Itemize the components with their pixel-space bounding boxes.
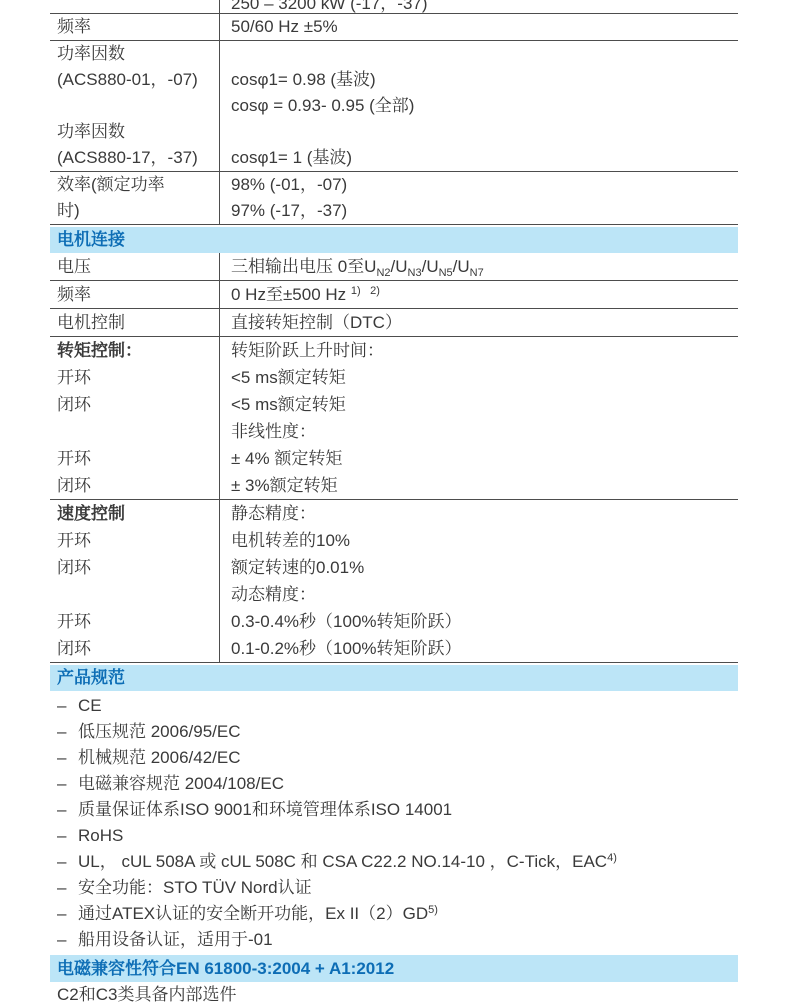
spec-row: 效率(额定功率时)98% (-01，-07)97% (-17，-37) (50, 172, 738, 225)
compliance-list-item: –CE (50, 693, 738, 719)
section-header-label: 电机连接 (57, 230, 125, 249)
spec-row: 频率0 Hz至±500 Hz 1) 2) (50, 281, 738, 309)
spec-value: cosφ1= 0.98 (基波) (231, 67, 738, 93)
footnote-superscript: 4) (607, 852, 617, 864)
spec-label: 电机控制 (57, 309, 219, 336)
subscript: N7 (470, 267, 484, 279)
dash-prefix: – (57, 771, 78, 797)
list-item-text: UL， cUL 508A 或 cUL 508C 和 CSA C22.2 NO.1… (78, 852, 607, 871)
compliance-list-item: –低压规范 2006/95/EC (50, 719, 738, 745)
dash-prefix: – (57, 745, 78, 771)
section-header-band: 电机连接 (50, 227, 738, 253)
list-item-text: 船用设备认证，适用于-01 (78, 930, 273, 949)
dash-prefix: – (57, 823, 78, 849)
compliance-list-item: –电磁兼容规范 2004/108/EC (50, 771, 738, 797)
spec-value: 动态精度： (231, 581, 738, 608)
subscript: N3 (408, 267, 422, 279)
spec-label: 闭环 (57, 472, 219, 499)
spec-row: 功率因数(ACS880-01，-07)功率因数(ACS880-17，-37)co… (50, 41, 738, 172)
spec-label-column: 效率(额定功率时) (50, 172, 220, 224)
dash-prefix: – (57, 901, 78, 927)
spec-row: 频率50/60 Hz ±5% (50, 14, 738, 41)
spec-value: 电机转差的10% (231, 527, 738, 554)
spec-value: cosφ1= 1 (基波) (231, 145, 738, 171)
spec-label-column: 频率 (50, 281, 220, 308)
spec-value-column: 0 Hz至±500 Hz 1) 2) (220, 281, 738, 308)
compliance-list-item: –通过ATEX认证的安全断开功能，Ex II（2）GD5) (50, 901, 738, 927)
list-item-text: 质量保证体系ISO 9001和环境管理体系ISO 14001 (78, 800, 452, 819)
list-item-text: 电磁兼容规范 2004/108/EC (78, 774, 284, 793)
spec-label: 闭环 (57, 635, 219, 662)
spec-label: 速度控制 (57, 500, 219, 527)
spec-value-column: 98% (-01，-07)97% (-17，-37) (220, 172, 738, 224)
spec-row: 250 – 3200 kW (-17，-37) (50, 0, 738, 14)
spec-value: ± 4% 额定转矩 (231, 445, 738, 472)
list-item-text: 低压规范 2006/95/EC (78, 722, 241, 741)
spec-value: 250 – 3200 kW (-17，-37) (231, 0, 738, 14)
spec-value: 非线性度： (231, 418, 738, 445)
compliance-list-item: –机械规范 2006/42/EC (50, 745, 738, 771)
spec-label: 闭环 (57, 391, 219, 418)
spec-label: 功率因数 (57, 119, 219, 145)
spec-label (57, 93, 219, 119)
dash-prefix: – (57, 797, 78, 823)
spec-label: 转矩控制： (57, 337, 219, 364)
spec-label: 闭环 (57, 554, 219, 581)
superscript: 2) (370, 285, 380, 297)
spec-label: 频率 (57, 281, 219, 308)
footnote-superscript: 5) (428, 904, 438, 916)
spec-label: 开环 (57, 364, 219, 391)
spec-label-column: 电压 (50, 253, 220, 280)
list-item-text: CE (78, 696, 102, 715)
spec-label (57, 0, 219, 14)
spec-value: ± 3%额定转矩 (231, 472, 738, 499)
list-item-text: 通过ATEX认证的安全断开功能，Ex II（2）GD (78, 904, 428, 923)
spec-value: 0.3-0.4%秒（100%转矩阶跃） (231, 608, 738, 635)
spec-label (57, 418, 219, 445)
spec-label: 频率 (57, 14, 219, 40)
spec-value (231, 41, 738, 67)
spec-value-column: 三相输出电压 0至UN2/UN3/UN5/UN7 (220, 253, 738, 280)
spec-label-column: 速度控制开环闭环开环闭环 (50, 500, 220, 662)
spec-label: 开环 (57, 445, 219, 472)
spec-label-column: 转矩控制：开环闭环开环闭环 (50, 337, 220, 499)
spec-value: <5 ms额定转矩 (231, 391, 738, 418)
spec-value: 0.1-0.2%秒（100%转矩阶跃） (231, 635, 738, 662)
spec-value-column: 直接转矩控制（DTC） (220, 309, 738, 336)
spec-label: 时) (57, 198, 219, 224)
spec-row: 转矩控制：开环闭环开环闭环转矩阶跃上升时间：<5 ms额定转矩<5 ms额定转矩… (50, 337, 738, 500)
spec-label-column: 电机控制 (50, 309, 220, 336)
list-item-text: RoHS (78, 826, 123, 845)
spec-value: 转矩阶跃上升时间： (231, 337, 738, 364)
spec-value: 三相输出电压 0至UN2/UN3/UN5/UN7 (231, 253, 738, 280)
spec-row: 速度控制开环闭环开环闭环静态精度：电机转差的10%额定转速的0.01%动态精度：… (50, 500, 738, 663)
spec-value: 额定转速的0.01% (231, 554, 738, 581)
spec-value-column: cosφ1= 0.98 (基波)cosφ = 0.93- 0.95 (全部)co… (220, 41, 738, 171)
compliance-list-item: –RoHS (50, 823, 738, 849)
spec-label-column: 功率因数(ACS880-01，-07)功率因数(ACS880-17，-37) (50, 41, 220, 171)
compliance-list-item: –UL， cUL 508A 或 cUL 508C 和 CSA C22.2 NO.… (50, 849, 738, 875)
emc-category-note: C2和C3类具备内部选件 (50, 985, 738, 1000)
compliance-list-item: –安全功能：STO TÜV Nord认证 (50, 875, 738, 901)
spec-table: 250 – 3200 kW (-17，-37)频率50/60 Hz ±5%功率因… (50, 0, 738, 1000)
spec-value-column: 静态精度：电机转差的10%额定转速的0.01%动态精度：0.3-0.4%秒（10… (220, 500, 738, 662)
spec-label: 效率(额定功率 (57, 172, 219, 198)
dash-prefix: – (57, 875, 78, 901)
superscript: 1) (351, 285, 361, 297)
dash-prefix: – (57, 927, 78, 953)
spec-value: 直接转矩控制（DTC） (231, 309, 738, 336)
subscript: N2 (376, 267, 390, 279)
spec-label: 开环 (57, 527, 219, 554)
spec-value: 98% (-01，-07) (231, 172, 738, 198)
spec-value: cosφ = 0.93- 0.95 (全部) (231, 93, 738, 119)
compliance-list: –CE–低压规范 2006/95/EC–机械规范 2006/42/EC–电磁兼容… (50, 691, 738, 953)
section-header-band: 电磁兼容性符合EN 61800-3:2004 + A1:2012 (50, 955, 738, 982)
spec-value-column: 250 – 3200 kW (-17，-37) (220, 0, 738, 13)
spec-label: 开环 (57, 608, 219, 635)
section-header-label: 电磁兼容性符合EN 61800-3:2004 + A1:2012 (57, 959, 394, 978)
spec-value: 97% (-17，-37) (231, 198, 738, 224)
spec-value-column: 50/60 Hz ±5% (220, 14, 738, 40)
list-item-text: 机械规范 2006/42/EC (78, 748, 241, 767)
section-header-band: 产品规范 (50, 665, 738, 691)
spec-row: 电压三相输出电压 0至UN2/UN3/UN5/UN7 (50, 253, 738, 281)
compliance-list-item: –船用设备认证，适用于-01 (50, 927, 738, 953)
subscript: N5 (439, 267, 453, 279)
spec-label-column (50, 0, 220, 13)
spec-value: <5 ms额定转矩 (231, 364, 738, 391)
spec-value (231, 119, 738, 145)
spec-label-column: 频率 (50, 14, 220, 40)
spec-value: 静态精度： (231, 500, 738, 527)
dash-prefix: – (57, 849, 78, 875)
spec-label: (ACS880-01，-07) (57, 67, 219, 93)
spec-label: 功率因数 (57, 41, 219, 67)
spec-value: 50/60 Hz ±5% (231, 14, 738, 40)
spec-label: (ACS880-17，-37) (57, 145, 219, 171)
spec-value: 0 Hz至±500 Hz 1) 2) (231, 281, 738, 308)
spec-label (57, 581, 219, 608)
spec-row: 电机控制直接转矩控制（DTC） (50, 309, 738, 337)
spec-value-column: 转矩阶跃上升时间：<5 ms额定转矩<5 ms额定转矩非线性度：± 4% 额定转… (220, 337, 738, 499)
dash-prefix: – (57, 693, 78, 719)
spec-label: 电压 (57, 253, 219, 280)
dash-prefix: – (57, 719, 78, 745)
compliance-list-item: –质量保证体系ISO 9001和环境管理体系ISO 14001 (50, 797, 738, 823)
list-item-text: 安全功能：STO TÜV Nord认证 (78, 878, 312, 897)
section-header-label: 产品规范 (57, 668, 125, 687)
